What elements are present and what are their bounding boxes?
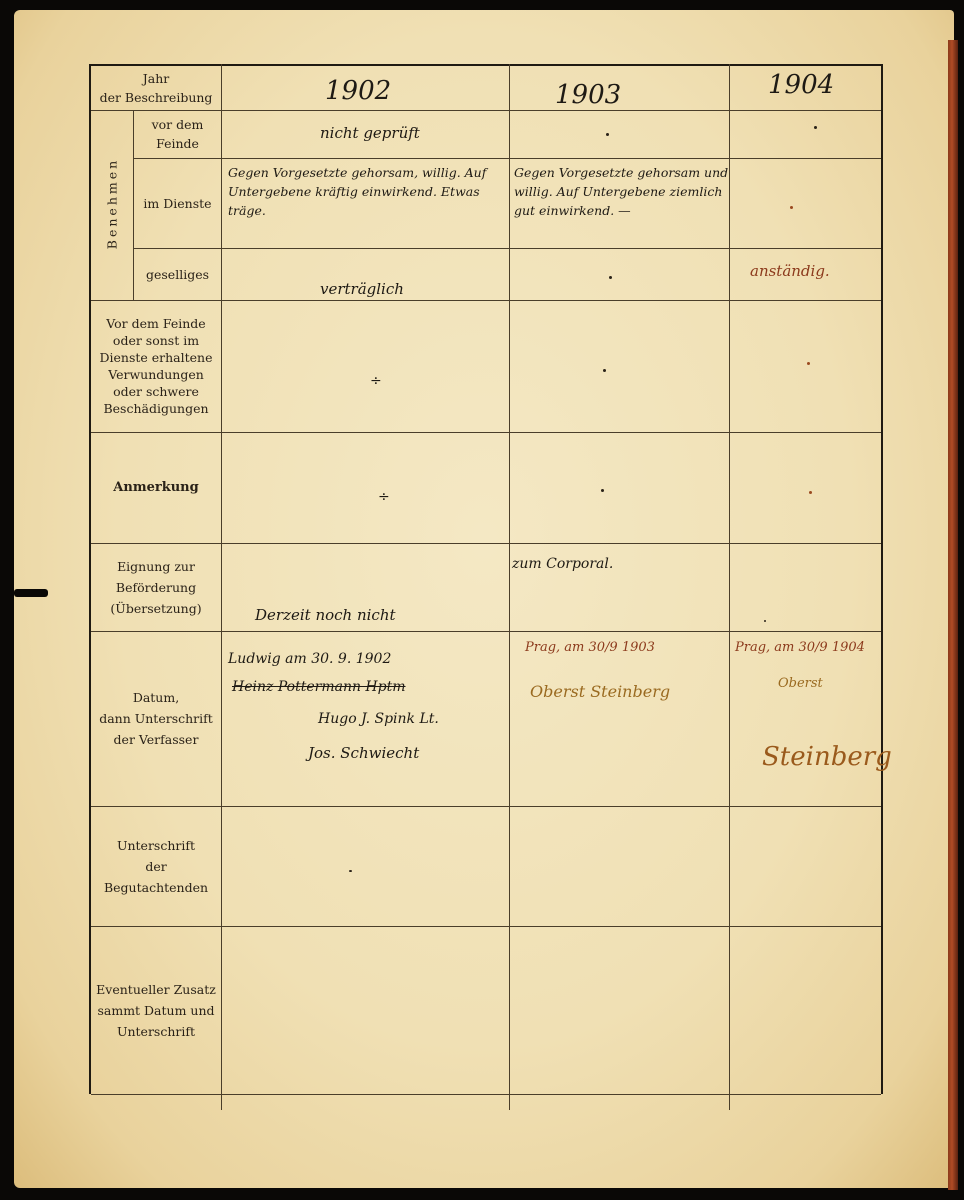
label-line: Jahr [143, 69, 170, 88]
label-line: der Beschreibung [100, 88, 213, 107]
empty-mark [764, 620, 766, 622]
row-divider [91, 1094, 881, 1095]
entry-1902-signature-1: Heinz Pottermann Hptm [232, 680, 406, 695]
empty-mark [601, 489, 604, 492]
entry-1903-datum: Prag, am 30/9 1903 [525, 640, 655, 655]
year-1902: 1902 [325, 76, 391, 106]
entry-1902-eignung: Derzeit noch nicht [255, 608, 396, 623]
entry-1904-signature: Steinberg [762, 742, 892, 772]
label-line: sammt Datum und [97, 1000, 214, 1021]
label-line: dann Unterschrift [99, 708, 213, 729]
label-line: Eventueller Zusatz [96, 979, 216, 1000]
empty-mark [809, 491, 812, 494]
label-line: vor dem Feinde [148, 115, 208, 153]
empty-mark [814, 126, 817, 129]
empty-mark [606, 133, 609, 136]
entry-1902-verwundungen: ÷ [370, 374, 382, 389]
page-tear [14, 589, 48, 597]
label-eignung: Eignung zur Beförderung (Übersetzung) [91, 543, 221, 631]
entry-1902-signature-2: Hugo J. Spink Lt. [318, 712, 439, 727]
label-line: der [145, 856, 166, 877]
label-line: Begutachtenden [104, 877, 208, 898]
label-im-dienste: im Dienste [134, 158, 221, 248]
col-divider-label [221, 64, 222, 1110]
col-divider-1904 [729, 64, 730, 1110]
entry-1902-geselliges: verträglich [320, 282, 404, 297]
label-line: Dienste erhaltene [99, 349, 212, 366]
label-line: Unterschrift [117, 1021, 195, 1042]
entry-1903-signature: Oberst Steinberg [530, 684, 670, 699]
benehmen-group-label: Benehmen [105, 154, 120, 254]
label-geselliges: geselliges [134, 248, 221, 300]
label-datum: Datum, dann Unterschrift der Verfasser [91, 631, 221, 806]
empty-mark [603, 369, 606, 372]
empty-mark [609, 276, 612, 279]
entry-1904-geselliges: anständig. [750, 264, 830, 279]
label-line: Beförderung [116, 577, 196, 598]
empty-mark [807, 362, 810, 365]
header-label-year: Jahr der Beschreibung [91, 66, 221, 110]
table-right-border [881, 64, 883, 1094]
label-line: Eignung zur [117, 556, 195, 577]
entry-1904-datum: Prag, am 30/9 1904 [735, 640, 865, 655]
entry-1903-im-dienste: Gegen Vorgesetzte gehorsam und willig. A… [514, 163, 729, 220]
entry-1902-vor-dem-feinde: nicht geprüft [320, 126, 420, 141]
label-line: Verwundungen [108, 366, 204, 383]
label-line: Beschädigungen [103, 400, 208, 417]
label-line: Datum, [133, 687, 179, 708]
row-divider [133, 158, 881, 159]
label-line: Unterschrift [117, 835, 195, 856]
label-line: der Verfasser [114, 729, 199, 750]
entry-1903-eignung: zum Corporal. [512, 557, 613, 572]
label-vor-dem-feinde: vor dem Feinde [134, 110, 221, 158]
label-anmerkung: Anmerkung [91, 432, 221, 543]
ink-speck [349, 870, 352, 872]
label-line: oder sonst im [113, 332, 199, 349]
entry-1902-anmerkung: ÷ [378, 490, 390, 505]
year-1903: 1903 [555, 80, 621, 110]
entry-1904-signature-rank: Oberst [778, 676, 823, 691]
entry-1902-datum: Ludwig am 30. 9. 1902 [228, 652, 391, 667]
label-zusatz: Eventueller Zusatz sammt Datum und Unter… [91, 926, 221, 1094]
col-divider-1903 [509, 64, 510, 1110]
row-divider [133, 248, 881, 249]
label-begutachtenden: Unterschrift der Begutachtenden [91, 806, 221, 926]
label-line: oder schwere [113, 383, 199, 400]
label-line: (Übersetzung) [110, 598, 201, 619]
label-line: Vor dem Feinde [106, 315, 205, 332]
label-verwundungen: Vor dem Feinde oder sonst im Dienste erh… [91, 300, 221, 432]
entry-1902-signature-3: Jos. Schwiecht [308, 746, 419, 761]
empty-mark [790, 206, 793, 209]
book-spine-edge [948, 40, 958, 1190]
year-1904: 1904 [768, 70, 834, 100]
entry-1902-im-dienste: Gegen Vorgesetzte gehorsam, willig. Auf … [228, 163, 508, 220]
